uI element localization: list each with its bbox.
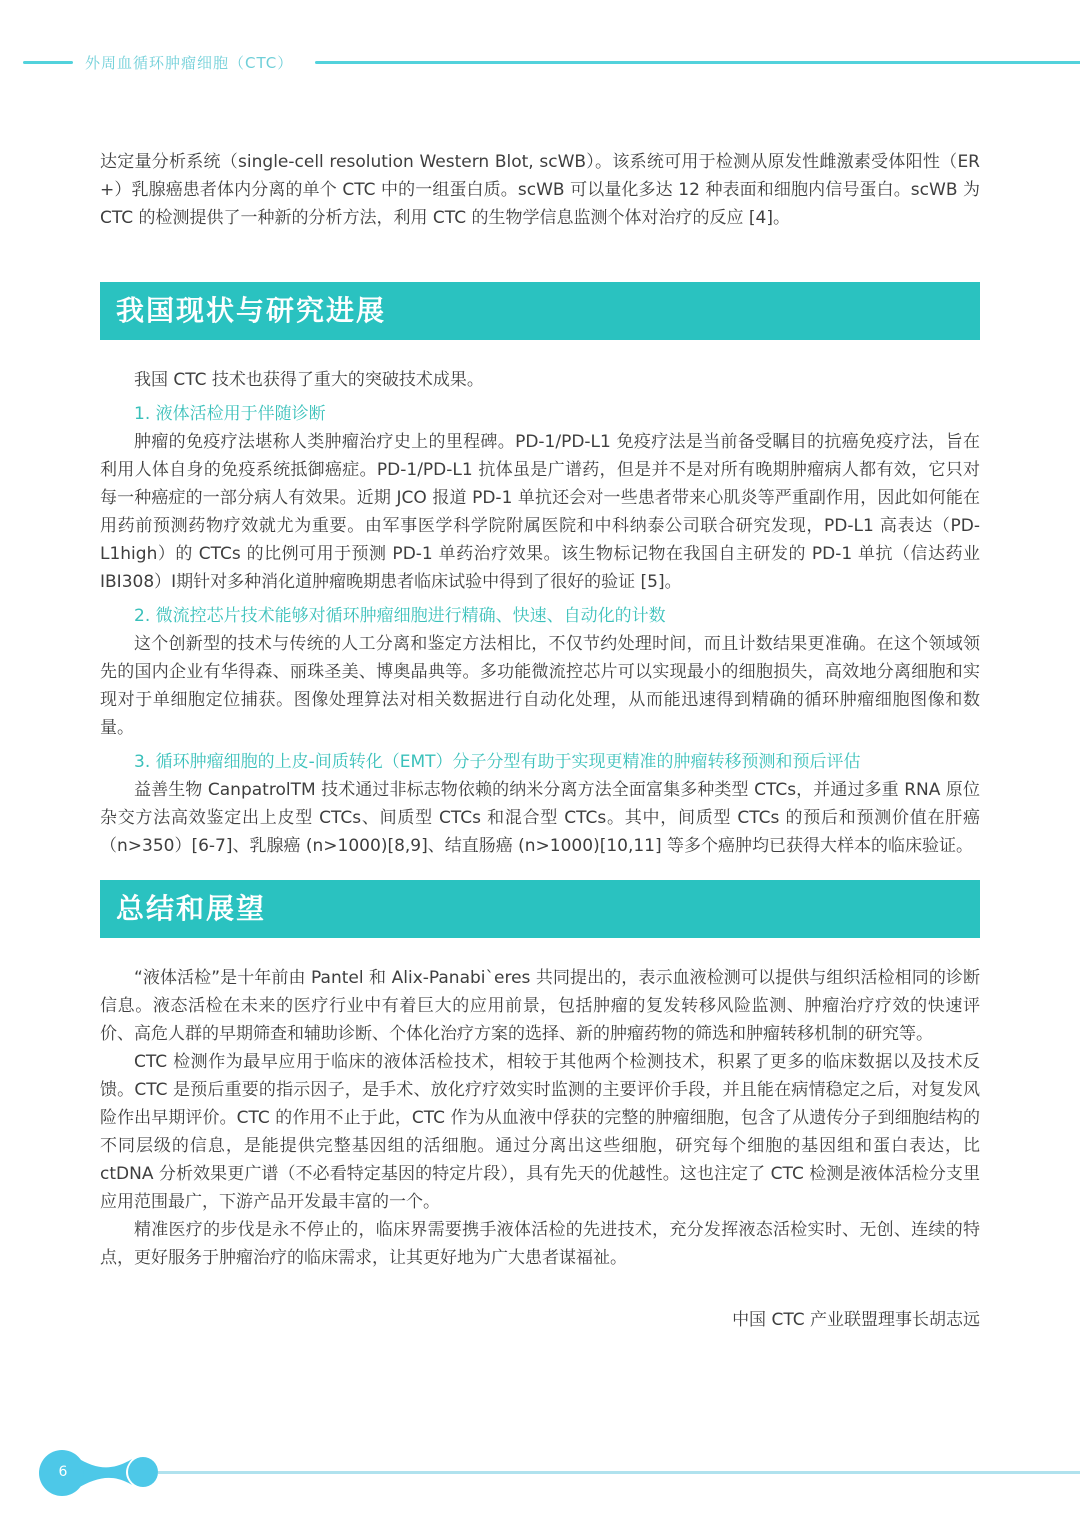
page-content: 达定量分析系统（single-cell resolution Western B…: [100, 148, 980, 1334]
section-title: 我国现状与研究进展: [116, 297, 386, 325]
page-number: 6: [52, 1462, 74, 1482]
summary-paragraph-3: 精准医疗的步伐是永不停止的，临床界需要携手液体活检的先进技术，充分发挥液态活检实…: [100, 1216, 980, 1272]
subheading-2: 2. 微流控芯片技术能够对循环肿瘤细胞进行精确、快速、自动化的计数: [100, 602, 980, 630]
subheading-1: 1. 液体活检用于伴随诊断: [100, 400, 980, 428]
section-banner-status: 我国现状与研究进展: [100, 282, 980, 340]
header-rule-right: [315, 61, 1080, 64]
summary-paragraph-1: “液体活检”是十年前由 Pantel 和 Alix-Panabi`eres 共同…: [100, 964, 980, 1048]
section-lead-paragraph: 我国 CTC 技术也获得了重大的突破技术成果。: [100, 366, 980, 394]
page-footer: 6: [0, 1442, 1080, 1502]
signature-line: 中国 CTC 产业联盟理事长胡志远: [100, 1306, 980, 1334]
document-page: 外周血循环肿瘤细胞（CTC） 达定量分析系统（single-cell resol…: [0, 0, 1080, 1527]
subheading-3: 3. 循环肿瘤细胞的上皮-间质转化（EMT）分子分型有助于实现更精准的肿瘤转移预…: [100, 748, 980, 776]
subsection-body-3: 益善生物 CanpatrolTM 技术通过非标志物依赖的纳米分离方法全面富集多种…: [100, 776, 980, 860]
section-banner-summary: 总结和展望: [100, 880, 980, 938]
subsection-body-2: 这个创新型的技术与传统的人工分离和鉴定方法相比，不仅节约处理时间，而且计数结果更…: [100, 630, 980, 742]
summary-paragraph-2: CTC 检测作为最早应用于临床的液体活检技术，相较于其他两个检测技术，积累了更多…: [100, 1048, 980, 1216]
footer-rule: [158, 1471, 1080, 1474]
section-title: 总结和展望: [116, 895, 266, 923]
header-rule-left: [23, 61, 73, 64]
subsection-body-1: 肿瘤的免疫疗法堪称人类肿瘤治疗史上的里程碑。PD-1/PD-L1 免疫疗法是当前…: [100, 428, 980, 596]
running-header-title: 外周血循环肿瘤细胞（CTC）: [85, 52, 293, 73]
running-header: 外周血循环肿瘤细胞（CTC）: [0, 52, 1080, 72]
intro-paragraph: 达定量分析系统（single-cell resolution Western B…: [100, 148, 980, 232]
